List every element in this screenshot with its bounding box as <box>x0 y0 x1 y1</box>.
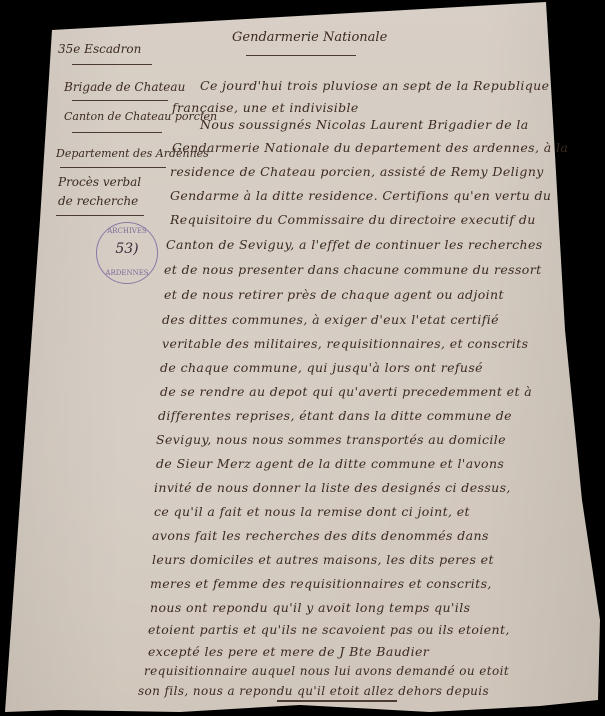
closing-rule <box>277 700 397 702</box>
margin-rule <box>60 167 166 168</box>
body-line: Canton de Seviguy, a l'effet de continue… <box>166 237 543 252</box>
body-line: excepté les pere et mere de J Bte Baudie… <box>148 644 429 659</box>
body-line: de Sieur Merz agent de la ditte commune … <box>156 456 504 471</box>
margin-rule <box>72 64 152 65</box>
body-line: Requisitoire du Commissaire du directoir… <box>170 212 536 227</box>
body-line: etoient partis et qu'ils ne scavoient pa… <box>148 622 510 637</box>
body-line: des dittes communes, à exiger d'eux l'et… <box>162 312 499 327</box>
margin-note-proces-verbal: Procès verbal <box>58 175 141 189</box>
body-line: nous ont repondu qu'il y avoit long temp… <box>150 600 470 615</box>
body-line: residence de Chateau porcien, assisté de… <box>170 164 544 179</box>
body-line: avons fait les recherches des dits denom… <box>152 528 489 543</box>
body-line: ce qu'il a fait et nous la remise dont c… <box>154 504 470 519</box>
margin-rule <box>72 100 168 101</box>
body-line: meres et femme des requisitionnaires et … <box>150 576 492 591</box>
stamp-top-text: ARCHIVES <box>97 227 157 235</box>
body-line: de se rendre au depot qui qu'averti prec… <box>160 384 532 399</box>
margin-rule <box>72 132 162 133</box>
body-line: Ce jourd'hui trois pluviose an sept de l… <box>200 78 549 93</box>
document-heading: Gendarmerie Nationale <box>232 30 387 45</box>
body-line: Seviguy, nous nous sommes transportés au… <box>156 432 506 447</box>
body-line: son fils, nous a repondu qu'il etoit all… <box>138 684 489 698</box>
body-line: differentes reprises, étant dans la ditt… <box>158 408 512 423</box>
margin-note-recherche: de recherche <box>58 194 138 208</box>
body-line: et de nous retirer près de chaque agent … <box>164 287 504 302</box>
body-line: invité de nous donner la liste des desig… <box>154 480 511 495</box>
body-line: et de nous presenter dans chacune commun… <box>164 262 542 277</box>
body-line: veritable des militaires, requisitionnai… <box>162 336 528 351</box>
margin-note-escadron: 35e Escadron <box>58 42 141 56</box>
stamp-bottom-text: ARDENNES <box>97 269 157 277</box>
body-line: requisitionnaire auquel nous lui avons d… <box>144 664 509 678</box>
stamp-number: 53) <box>97 241 157 257</box>
heading-underline <box>246 55 356 56</box>
body-line: Gendarme à la ditte residence. Certifion… <box>170 188 551 203</box>
margin-note-brigade: Brigade de Chateau <box>64 80 185 94</box>
body-line: Gendarmerie Nationale du departement des… <box>172 140 568 155</box>
archives-stamp: ARCHIVES 53) ARDENNES <box>96 222 158 284</box>
margin-rule <box>56 215 144 216</box>
body-line: leurs domiciles et autres maisons, les d… <box>152 552 494 567</box>
body-line: Nous soussignés Nicolas Laurent Brigadie… <box>200 117 529 132</box>
body-line: française, une et indivisible <box>172 100 359 115</box>
body-line: de chaque commune, qui jusqu'à lors ont … <box>160 360 483 375</box>
